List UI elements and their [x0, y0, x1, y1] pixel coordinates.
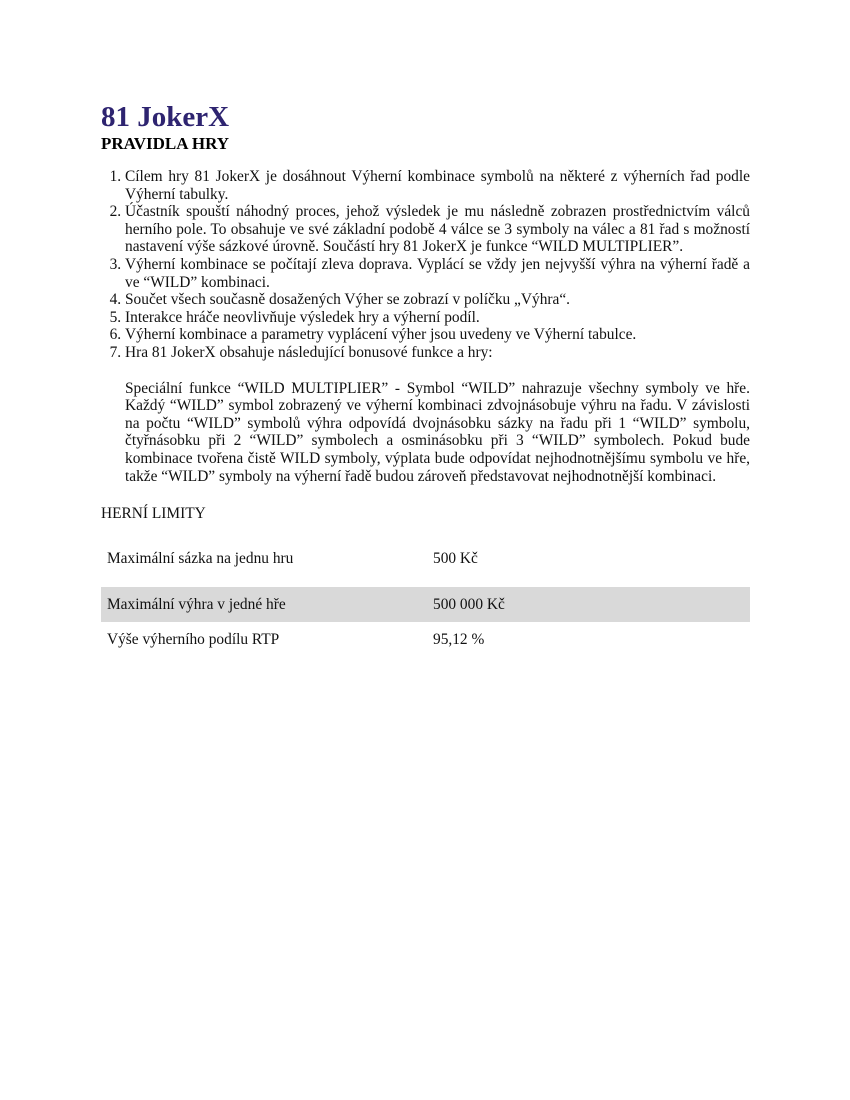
limit-label: Maximální sázka na jednu hru	[101, 541, 427, 576]
rule-item: Účastník spouští náhodný proces, jehož v…	[125, 203, 750, 256]
rule-item: Součet všech současně dosažených Výher s…	[125, 291, 750, 309]
rules-subtitle: PRAVIDLA HRY	[101, 134, 750, 154]
rule-item: Interakce hráče neovlivňuje výsledek hry…	[125, 309, 750, 327]
limit-value: 500 Kč	[427, 541, 750, 576]
rule-item: Výherní kombinace a parametry vyplácení …	[125, 326, 750, 344]
limit-label: Výše výherního podílu RTP	[101, 622, 427, 657]
document-page: 81 JokerX PRAVIDLA HRY Cílem hry 81 Joke…	[101, 100, 750, 657]
limit-value: 500 000 Kč	[427, 587, 750, 622]
rule-item: Hra 81 JokerX obsahuje následující bonus…	[125, 344, 750, 362]
table-row: Výše výherního podílu RTP 95,12 %	[101, 622, 750, 657]
table-row: Maximální výhra v jedné hře 500 000 Kč	[101, 587, 750, 622]
game-title: 81 JokerX	[101, 100, 750, 134]
special-feature-description: Speciální funkce “WILD MULTIPLIER” - Sym…	[125, 380, 750, 486]
rule-item: Výherní kombinace se počítají zleva dopr…	[125, 256, 750, 291]
limit-label: Maximální výhra v jedné hře	[101, 587, 427, 622]
limits-table: Maximální sázka na jednu hru 500 Kč Maxi…	[101, 541, 750, 657]
rules-list: Cílem hry 81 JokerX je dosáhnout Výherní…	[101, 168, 750, 362]
limits-heading: HERNÍ LIMITY	[101, 505, 750, 523]
table-row: Maximální sázka na jednu hru 500 Kč	[101, 541, 750, 576]
table-spacer	[101, 576, 750, 587]
limit-value: 95,12 %	[427, 622, 750, 657]
rule-item: Cílem hry 81 JokerX je dosáhnout Výherní…	[125, 168, 750, 203]
